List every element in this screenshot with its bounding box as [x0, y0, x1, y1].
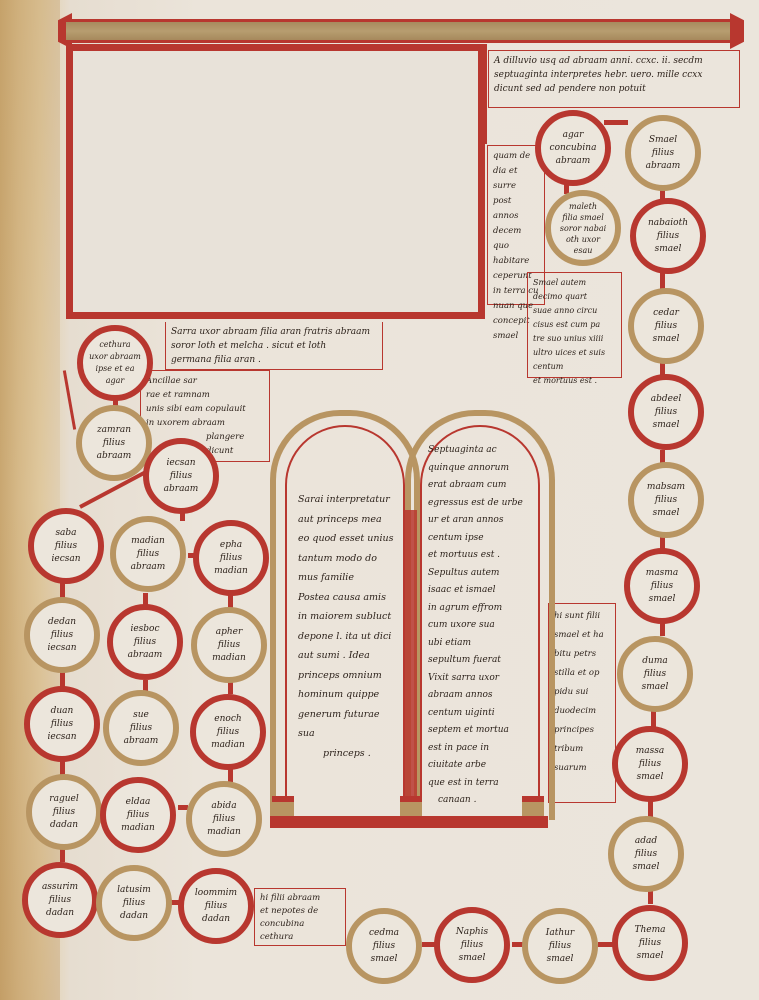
text-line: ciuitate arbe: [428, 757, 540, 775]
circle-iesboc: iesbocfiliusabraam: [107, 604, 183, 680]
circle-mabsam: mabsamfiliussmael: [628, 462, 704, 538]
circle-text: madian: [214, 565, 248, 578]
circle-text: madian: [212, 652, 246, 665]
link: [228, 768, 233, 782]
note-line: dia et surre: [493, 164, 539, 194]
circle-text: esau: [574, 245, 593, 256]
circle-text: massa: [636, 745, 665, 758]
circle-text: filius: [127, 809, 149, 822]
circle-text: dadan: [202, 913, 230, 926]
circle-text: filius: [651, 580, 673, 593]
circle-duma: dumafiliussmael: [617, 636, 693, 712]
circle-text: eldaa: [126, 796, 151, 809]
circle-text: iecsan: [47, 642, 76, 655]
circle-text: filius: [644, 668, 666, 681]
note-line: cethura: [260, 931, 340, 944]
circle-text: enoch: [214, 713, 241, 726]
circle-text: masma: [646, 567, 678, 580]
text-line: canaan .: [428, 792, 540, 810]
circle-text: filius: [635, 848, 657, 861]
text-line: ur et aran annos: [428, 512, 540, 530]
text-line: sepultum fuerat: [428, 652, 540, 670]
arch-right-text: Septuaginta ac quinque annorum erat abra…: [428, 442, 540, 810]
circle-masma: masmafiliussmael: [624, 548, 700, 624]
circle-cedar: cedarfiliussmael: [628, 288, 704, 364]
text-line: aut sumi . Idea: [298, 646, 398, 666]
note-smael: Smael autem decimo quart suae anno circu…: [527, 272, 622, 378]
empty-illumination-frame: [66, 44, 485, 319]
note-line: bitu petrs: [554, 645, 610, 664]
note-line: Smael autem: [533, 276, 616, 290]
note-line: dicunt sed ad pendere non potuit: [494, 82, 734, 96]
circle-text: abraam: [97, 450, 132, 463]
link: [648, 890, 653, 904]
text-line: hominum quippe: [298, 685, 398, 705]
note-line: suae anno circu: [533, 304, 616, 318]
circle-enoch: enochfiliusmadian: [190, 694, 266, 770]
note-line: principes: [554, 721, 610, 740]
circle-text: dadan: [46, 907, 74, 920]
text-line: egressus est de urbe: [428, 495, 540, 513]
circle-thema: Themafiliussmael: [612, 905, 688, 981]
circle-text: abida: [211, 800, 236, 813]
circle-text: abraam: [164, 483, 199, 496]
arch-left-text: Sarai interpretatur aut princeps mea eo …: [298, 490, 398, 763]
circle-zamran: zamranfiliusabraam: [76, 405, 152, 481]
circle-text: filius: [49, 894, 71, 907]
note-line: tribum: [554, 740, 610, 759]
circle-text: cedma: [369, 927, 399, 940]
circle-text: filius: [218, 639, 240, 652]
circle-text: smael: [637, 950, 664, 963]
note-line: cisus est cum pa: [533, 318, 616, 332]
note-line: et nepotes de: [260, 905, 340, 918]
circle-text: nabaioth: [648, 217, 688, 230]
text-line: septem et mortua: [428, 722, 540, 740]
note-line: Ancillae sar: [146, 374, 264, 388]
plinth-center: [400, 796, 422, 816]
text-line: Postea causa amis: [298, 588, 398, 608]
note-line: post annos: [493, 194, 539, 224]
circle-text: abraam: [556, 155, 591, 168]
circle-text: smael: [642, 681, 669, 694]
circle-text: filia smael: [562, 212, 604, 223]
note-line: hi filii abraam: [260, 892, 340, 905]
circle-cedma: cedmafiliussmael: [346, 908, 422, 984]
circle-text: iecsan: [47, 731, 76, 744]
plinth-left: [272, 796, 294, 816]
circle-text: filius: [205, 900, 227, 913]
top-ornamental-bar: [66, 19, 738, 43]
text-line: et mortuus est .: [428, 547, 540, 565]
circle-text: filius: [639, 937, 661, 950]
text-line: erat abraam cum: [428, 477, 540, 495]
note-line: hi sunt filii: [554, 607, 610, 626]
circle-text: filius: [53, 806, 75, 819]
circle-text: smael: [637, 771, 664, 784]
circle-nabaioth: nabaiothfiliussmael: [630, 198, 706, 274]
circle-text: filius: [55, 540, 77, 553]
circle-cethura: cethurauxor abraamipse et eaagar: [77, 325, 153, 401]
circle-raguel: raguelfiliusdadan: [26, 774, 102, 850]
frame-connector: [485, 44, 487, 144]
circle-text: filius: [220, 552, 242, 565]
note-line: Sarra uxor abraam filia aran fratris abr…: [171, 325, 377, 339]
circle-text: madian: [211, 739, 245, 752]
circle-text: filius: [655, 406, 677, 419]
circle-text: assurim: [42, 881, 78, 894]
manuscript-page: A dilluvio usq ad abraam anni. ccxc. ii.…: [0, 0, 759, 1000]
circle-text: adad: [635, 835, 657, 848]
circle-text: smael: [371, 953, 398, 966]
circle-text: agar: [563, 129, 584, 142]
circle-text: smael: [459, 952, 486, 965]
circle-text: raguel: [49, 793, 78, 806]
circle-text: abraam: [646, 160, 681, 173]
circle-text: filius: [51, 718, 73, 731]
note-line: et mortuus est .: [533, 374, 616, 388]
circle-text: abdeel: [651, 393, 681, 406]
circle-text: dadan: [120, 910, 148, 923]
note-line: germana filia aran .: [171, 353, 377, 367]
circle-text: iecsan: [51, 553, 80, 566]
note-ketura-sons: hi filii abraam et nepotes de concubina …: [254, 888, 346, 946]
circle-text: epha: [220, 539, 242, 552]
bar-right-finial: [730, 13, 744, 49]
circle-text: Smael: [649, 134, 677, 147]
text-line: cum uxore sua: [428, 617, 540, 635]
circle-text: uxor abraam: [89, 351, 141, 363]
circle-text: sue: [133, 709, 149, 722]
text-line: tantum modo do: [298, 549, 398, 569]
circle-text: Thema: [634, 924, 665, 937]
text-line: in maiorem subluct: [298, 607, 398, 627]
text-line: aut princeps mea: [298, 510, 398, 530]
circle-text: zamran: [97, 424, 131, 437]
note-sarra: Sarra uxor abraam filia aran fratris abr…: [165, 322, 383, 370]
circle-text: filius: [103, 437, 125, 450]
text-line: Septuaginta ac: [428, 442, 540, 460]
text-line: princeps omnium: [298, 666, 398, 686]
circle-text: filius: [652, 147, 674, 160]
link: [660, 622, 665, 636]
circle-text: madian: [131, 535, 165, 548]
note-line: smael et ha: [554, 626, 610, 645]
circle-text: Iathur: [546, 927, 574, 940]
text-line: Sepultus autem: [428, 565, 540, 583]
circle-text: filius: [655, 320, 677, 333]
text-line: Vixit sarra uxor: [428, 670, 540, 688]
circle-text: concubina: [550, 142, 597, 155]
note-line: decem quo: [493, 224, 539, 254]
circle-text: mabsam: [647, 481, 685, 494]
circle-text: filius: [51, 629, 73, 642]
circle-text: filius: [549, 940, 571, 953]
circle-text: smael: [655, 243, 682, 256]
circle-maleth: malethfilia smaelsoror nabaioth uxoresau: [545, 190, 621, 266]
text-line: isaac et ismael: [428, 582, 540, 600]
link: [604, 120, 628, 125]
text-line: depone l. ita ut dici: [298, 627, 398, 647]
circle-text: maleth: [569, 201, 597, 212]
circle-text: filius: [373, 940, 395, 953]
circle-text: smael: [633, 861, 660, 874]
gutter-stain: [0, 0, 60, 1000]
note-line: A dilluvio usq ad abraam anni. ccxc. ii.…: [494, 54, 734, 68]
circle-duan: duanfiliusiecsan: [24, 686, 100, 762]
circle-naphis: Naphisfiliussmael: [434, 907, 510, 983]
note-line: septuaginta interpretes hebr. uero. mill…: [494, 68, 734, 82]
circle-smael: Smaelfiliusabraam: [625, 115, 701, 191]
circle-eldaa: eldaafiliusmadian: [100, 777, 176, 853]
circle-text: smael: [547, 953, 574, 966]
note-line: pidu sui: [554, 683, 610, 702]
text-line: princeps .: [298, 744, 398, 764]
circle-text: filius: [123, 897, 145, 910]
text-line: centum ipse: [428, 530, 540, 548]
circle-madian: madianfiliusabraam: [110, 516, 186, 592]
text-line: centum uiginti: [428, 705, 540, 723]
text-line: quinque annorum: [428, 460, 540, 478]
circle-massa: massafiliussmael: [612, 726, 688, 802]
circle-text: abraam: [131, 561, 166, 574]
text-line: mus familie: [298, 568, 398, 588]
circle-text: filius: [137, 548, 159, 561]
circle-text: filius: [657, 230, 679, 243]
curve-line: [63, 370, 76, 430]
text-line: ubi etiam: [428, 635, 540, 653]
circle-text: filius: [130, 722, 152, 735]
note-line: decimo quart: [533, 290, 616, 304]
circle-text: dadan: [50, 819, 78, 832]
circle-agar: agarconcubinaabraam: [535, 110, 611, 186]
circle-text: Naphis: [456, 926, 488, 939]
circle-text: madian: [207, 826, 241, 839]
note-line: unis sibi eam copulauit: [146, 402, 264, 416]
text-line: in agrum effrom: [428, 600, 540, 618]
circle-text: soror nabai: [560, 223, 606, 234]
circle-text: duma: [642, 655, 667, 668]
circle-abida: abidafiliusmadian: [186, 781, 262, 857]
note-line: concubina: [260, 918, 340, 931]
circle-text: smael: [649, 593, 676, 606]
circle-text: latusim: [117, 884, 151, 897]
circle-text: madian: [121, 822, 155, 835]
circle-text: saba: [55, 527, 76, 540]
circle-adad: adadfiliussmael: [608, 816, 684, 892]
circle-text: abraam: [124, 735, 159, 748]
circle-text: abraam: [128, 649, 163, 662]
circle-text: duan: [51, 705, 74, 718]
circle-dedan: dedanfiliusiecsan: [24, 597, 100, 673]
circle-text: filius: [461, 939, 483, 952]
circle-text: smael: [653, 419, 680, 432]
text-line: est in pace in: [428, 740, 540, 758]
note-line: quam de: [493, 149, 539, 164]
circle-text: iecsan: [166, 457, 195, 470]
circle-iathur: Iathurfiliussmael: [522, 908, 598, 984]
text-line: que est in terra: [428, 775, 540, 793]
note-line: in uxorem abraam: [146, 416, 264, 430]
circle-text: filius: [134, 636, 156, 649]
note-line: tre suo unius xiiii: [533, 332, 616, 346]
circle-text: loommim: [195, 887, 237, 900]
circle-apher: apherfiliusmadian: [191, 607, 267, 683]
circle-text: filius: [655, 494, 677, 507]
circle-assurim: assurimfiliusdadan: [22, 862, 98, 938]
note-line: stilla et op: [554, 664, 610, 683]
text-line: eo quod esset unius: [298, 529, 398, 549]
circle-text: iesboc: [130, 623, 159, 636]
circle-text: filius: [213, 813, 235, 826]
center-column: [405, 510, 417, 810]
circle-abdeel: abdeelfiliussmael: [628, 374, 704, 450]
circle-text: dedan: [48, 616, 76, 629]
note-line: habitare: [493, 254, 539, 269]
circle-latusim: latusimfiliusdadan: [96, 865, 172, 941]
circle-text: cedar: [653, 307, 679, 320]
circle-text: oth uxor: [566, 234, 600, 245]
circle-text: cethura: [99, 339, 130, 351]
arch-base: [270, 816, 548, 828]
note-nabaioth: hi sunt filii smael et ha bitu petrs sti…: [548, 603, 616, 803]
note-line: soror loth et melcha . sicut et loth: [171, 339, 377, 353]
circle-text: filius: [170, 470, 192, 483]
note-line: ultro uices et suis centum: [533, 346, 616, 374]
circle-text: smael: [653, 507, 680, 520]
note-line: rae et ramnam: [146, 388, 264, 402]
note-top-right: A dilluvio usq ad abraam anni. ccxc. ii.…: [488, 50, 740, 108]
circle-text: filius: [217, 726, 239, 739]
circle-sue: suefiliusabraam: [103, 690, 179, 766]
note-line: suarum: [554, 759, 610, 778]
circle-text: ipse et ea: [95, 363, 134, 375]
circle-loommim: loommimfiliusdadan: [178, 868, 254, 944]
circle-text: smael: [653, 333, 680, 346]
text-line: abraam annos: [428, 687, 540, 705]
note-line: duodecim: [554, 702, 610, 721]
circle-text: filius: [639, 758, 661, 771]
circle-text: apher: [216, 626, 243, 639]
circle-text: agar: [106, 375, 124, 387]
circle-saba: sabafiliusiecsan: [28, 508, 104, 584]
circle-epha: ephafiliusmadian: [193, 520, 269, 596]
text-line: generum futurae sua: [298, 705, 398, 744]
circle-iecsan: iecsanfiliusabraam: [143, 438, 219, 514]
text-line: Sarai interpretatur: [298, 490, 398, 510]
